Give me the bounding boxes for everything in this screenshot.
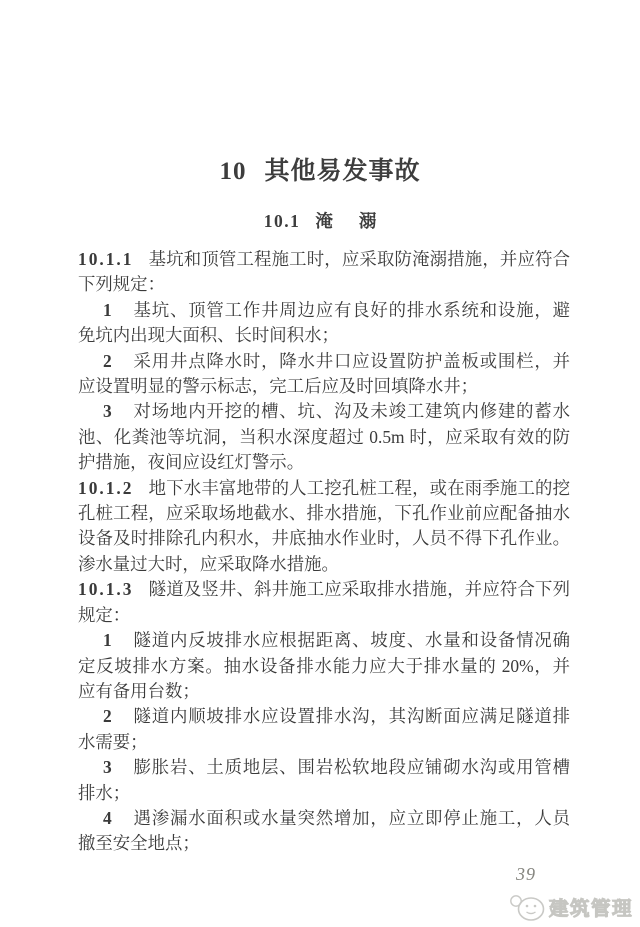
line-text: 应有备用台数； (78, 681, 200, 701)
item-number: 3 (103, 401, 112, 421)
chapter-title: 10 其他易发事故 (0, 151, 640, 187)
line-text: 排水； (78, 783, 130, 803)
text-line: 撤至安全地点； (78, 831, 570, 856)
text-line: 免坑内出现大面积、长时间积水； (78, 323, 570, 348)
watermark-text: 建筑管理 (549, 893, 633, 921)
text-line: 池、化粪池等坑洞，当积水深度超过 0.5m 时，应采取有效的防 (78, 425, 570, 450)
document-body: 10.1.1基坑和顶管工程施工时，应采取防淹溺措施，并应符合下列规定：1基坑、顶… (78, 247, 570, 857)
text-line: 下列规定： (78, 272, 570, 297)
line-text: 下列规定： (78, 274, 165, 294)
line-text: 隧道及竖井、斜井施工应采取排水措施，并应符合下列 (148, 579, 570, 599)
item-number: 4 (103, 808, 112, 828)
section-heading: 10.1 淹 溺 (0, 208, 640, 233)
line-text: 规定： (78, 605, 130, 625)
text-line: 应设置明显的警示标志，完工后应及时回填降水井； (78, 374, 570, 399)
page-number: 39 (516, 864, 536, 885)
item-number: 3 (103, 757, 112, 777)
line-text: 基坑、顶管工作井周边应有良好的排水系统和设施，避 (133, 300, 570, 320)
text-line: 应有备用台数； (78, 679, 570, 704)
line-text: 对场地内开挖的槽、坑、沟及未竣工建筑内修建的蓄水 (133, 401, 570, 421)
watermark: 建筑管理 (508, 891, 633, 923)
line-text: 渗水量过大时，应采取降水措施。 (78, 554, 339, 574)
section-title-char-1: 淹 (315, 208, 333, 233)
list-item-line: 1隧道内反坡排水应根据距离、坡度、水量和设备情况确 (78, 628, 570, 653)
text-line: 定反坡排水方案。抽水设备排水能力应大于排水量的 20%，并 (78, 654, 570, 679)
clause-number: 10.1.3 (78, 579, 133, 599)
chapter-number: 10 (219, 158, 246, 186)
clause-line: 10.1.2地下水丰富地带的人工挖孔桩工程，或在雨季施工的挖 (78, 476, 570, 501)
text-line: 排水； (78, 781, 570, 806)
line-text: 水需要； (78, 732, 148, 752)
chapter-title-text: 其他易发事故 (264, 151, 420, 187)
line-text: 采用井点降水时，降水井口应设置防护盖板或围栏，并 (133, 351, 570, 371)
line-text: 孔桩工程，应采取场地截水、排水措施，下孔作业前应配备抽水 (78, 503, 570, 523)
line-text: 隧道内顺坡排水应设置排水沟，其沟断面应满足隧道排 (133, 706, 570, 726)
mascot-logo-icon (508, 891, 546, 923)
section-title-char-2: 溺 (359, 208, 377, 233)
text-line: 渗水量过大时，应采取降水措施。 (78, 552, 570, 577)
document-page: 10 其他易发事故 10.1 淹 溺 10.1.1基坑和顶管工程施工时，应采取防… (0, 0, 640, 927)
line-text: 膨胀岩、土质地层、围岩松软地段应铺砌水沟或用管槽 (133, 757, 570, 777)
line-text: 免坑内出现大面积、长时间积水； (78, 325, 339, 345)
item-number: 2 (103, 706, 112, 726)
text-line: 水需要； (78, 730, 570, 755)
line-text: 隧道内反坡排水应根据距离、坡度、水量和设备情况确 (133, 630, 570, 650)
line-text: 设备及时排除孔内积水，井底抽水作业时，人员不得下孔作业。 (78, 528, 570, 548)
line-text: 基坑和顶管工程施工时，应采取防淹溺措施，并应符合 (148, 249, 570, 269)
clause-number: 10.1.1 (78, 249, 133, 269)
item-number: 2 (103, 351, 112, 371)
line-text: 池、化粪池等坑洞，当积水深度超过 0.5m 时，应采取有效的防 (78, 427, 570, 447)
list-item-line: 3对场地内开挖的槽、坑、沟及未竣工建筑内修建的蓄水 (78, 399, 570, 424)
item-number: 1 (103, 300, 112, 320)
text-line: 护措施，夜间应设红灯警示。 (78, 450, 570, 475)
text-line: 孔桩工程，应采取场地截水、排水措施，下孔作业前应配备抽水 (78, 501, 570, 526)
line-text: 地下水丰富地带的人工挖孔桩工程，或在雨季施工的挖 (148, 478, 570, 498)
list-item-line: 3膨胀岩、土质地层、围岩松软地段应铺砌水沟或用管槽 (78, 755, 570, 780)
line-text: 定反坡排水方案。抽水设备排水能力应大于排水量的 20%，并 (78, 656, 570, 676)
list-item-line: 2采用井点降水时，降水井口应设置防护盖板或围栏，并 (78, 349, 570, 374)
line-text: 遇渗漏水面积或水量突然增加，应立即停止施工，人员 (133, 808, 570, 828)
text-line: 规定： (78, 603, 570, 628)
list-item-line: 2隧道内顺坡排水应设置排水沟，其沟断面应满足隧道排 (78, 704, 570, 729)
list-item-line: 1基坑、顶管工作井周边应有良好的排水系统和设施，避 (78, 298, 570, 323)
list-item-line: 4遇渗漏水面积或水量突然增加，应立即停止施工，人员 (78, 806, 570, 831)
text-line: 设备及时排除孔内积水，井底抽水作业时，人员不得下孔作业。 (78, 526, 570, 551)
clause-number: 10.1.2 (78, 478, 133, 498)
line-text: 应设置明显的警示标志，完工后应及时回填降水井； (78, 376, 478, 396)
item-number: 1 (103, 630, 112, 650)
section-number: 10.1 (264, 211, 301, 232)
clause-line: 10.1.1基坑和顶管工程施工时，应采取防淹溺措施，并应符合 (78, 247, 570, 272)
clause-line: 10.1.3隧道及竖井、斜井施工应采取排水措施，并应符合下列 (78, 577, 570, 602)
line-text: 撤至安全地点； (78, 833, 200, 853)
line-text: 护措施，夜间应设红灯警示。 (78, 452, 304, 472)
